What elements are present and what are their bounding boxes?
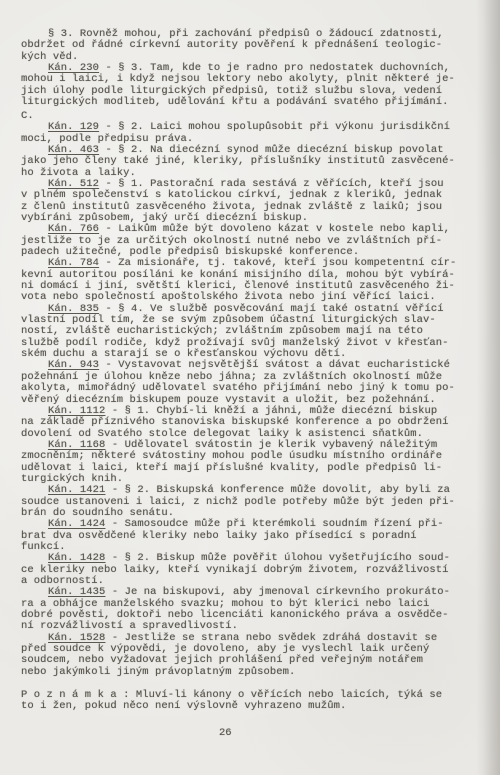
canon-ref: Kán. 129: [48, 121, 99, 133]
canon-paragraph: Kán. 512 - § 1. Pastorační rada sestává …: [21, 179, 487, 224]
paragraph: P o z n á m k a : Mluví-li kánony o věří…: [21, 690, 487, 713]
canon-paragraph: Kán. 1168 - Udělovatel svátostin je kler…: [21, 440, 487, 485]
text-line: nebo jakýmkoli jiným právoplatným způsob…: [21, 667, 487, 678]
canon-paragraph: Kán. 943 - Vystavovat nejsvětější svátos…: [21, 360, 487, 405]
text-line: na základě příznivého stanoviska biskups…: [21, 417, 487, 428]
text-line: v plném společenství s katolickou církví…: [21, 190, 487, 201]
text-line: obdržet od řádné církevní autority pověř…: [21, 40, 487, 51]
canon-paragraph: Kán. 1421 - § 2. Biskupská konference mů…: [21, 485, 487, 519]
paragraph: § 3. Rovněž mohou, při zachování předpis…: [21, 29, 487, 63]
canon-ref: Kán. 1421: [48, 484, 105, 496]
canon-paragraph: Kán. 1112 - § 1. Chybí-li kněží a jáhni,…: [21, 406, 487, 440]
text-line: Kán. 129 - § 2. Laici mohou spolupůsobit…: [21, 122, 487, 133]
text-line: Kán. 1424 - Samosoudce může při kterémko…: [21, 519, 487, 530]
canon-ref: Kán. 835: [48, 303, 99, 315]
canon-paragraph: Kán. 784 - Za misionáře, tj. takové, kte…: [21, 258, 487, 303]
text-line: jako jeho členy také jiné, kleriky, přís…: [21, 156, 487, 167]
canon-paragraph: Kán. 1435 - Je na biskupovi, aby jmenova…: [21, 587, 487, 632]
scanned-page: § 3. Rovněž mohou, při zachování předpis…: [0, 0, 500, 775]
canon-ref: Kán. 1528: [48, 632, 105, 644]
page-number: 26: [219, 727, 232, 739]
canon-ref: Kán. 1428: [48, 552, 105, 564]
text-line: liturgických modliteb, udělování křtu a …: [21, 97, 487, 108]
text-line: Kán. 1421 - § 2. Biskupská konference mů…: [21, 485, 487, 496]
canon-ref: Kán. 1424: [48, 518, 105, 530]
document-text: § 3. Rovněž mohou, při zachování předpis…: [21, 29, 487, 713]
text-line: brat dva osvědčené kleriky nebo laiky ja…: [21, 531, 487, 542]
canon-ref: Kán. 766: [48, 223, 99, 235]
text-line: zmocněním; některé svátostiny mohou podl…: [21, 451, 487, 462]
canon-paragraph: Kán. 766 - Laikům může být dovoleno káza…: [21, 224, 487, 258]
canon-paragraph: Kán. 463 - § 2. Na diecézní synod může d…: [21, 145, 487, 179]
text-line: Kán. 1428 - § 2. Biskup může pověřit úlo…: [21, 553, 487, 564]
canon-paragraph: Kán. 1424 - Samosoudce může při kterémko…: [21, 519, 487, 553]
text-line: akolyta, mimořádný udělovatel svatého př…: [21, 383, 487, 394]
canon-paragraph: Kán. 1528 - Jestliže se strana nebo svěd…: [21, 633, 487, 678]
canon-ref: Kán. 1435: [48, 586, 105, 598]
text-line: to i žen, pokud něco není výslovně vyhra…: [21, 701, 487, 712]
text-line: Kán. 766 - Laikům může být dovoleno káza…: [21, 224, 487, 235]
canon-paragraph: Kán. 835 - § 4. Ve službě posvěcování ma…: [21, 304, 487, 361]
canon-ref: Kán. 943: [48, 359, 99, 371]
canon-paragraph: Kán. 129 - § 2. Laici mohou spolupůsobit…: [21, 122, 487, 145]
canon-paragraph: Kán. 230 - § 3. Tam, kde to je radno pro…: [21, 63, 487, 108]
text-line: Kán. 1435 - Je na biskupovi, aby jmenova…: [21, 587, 487, 598]
canon-paragraph: Kán. 1428 - § 2. Biskup může pověřit úlo…: [21, 553, 487, 587]
canon-ref: Kán. 784: [48, 257, 99, 269]
